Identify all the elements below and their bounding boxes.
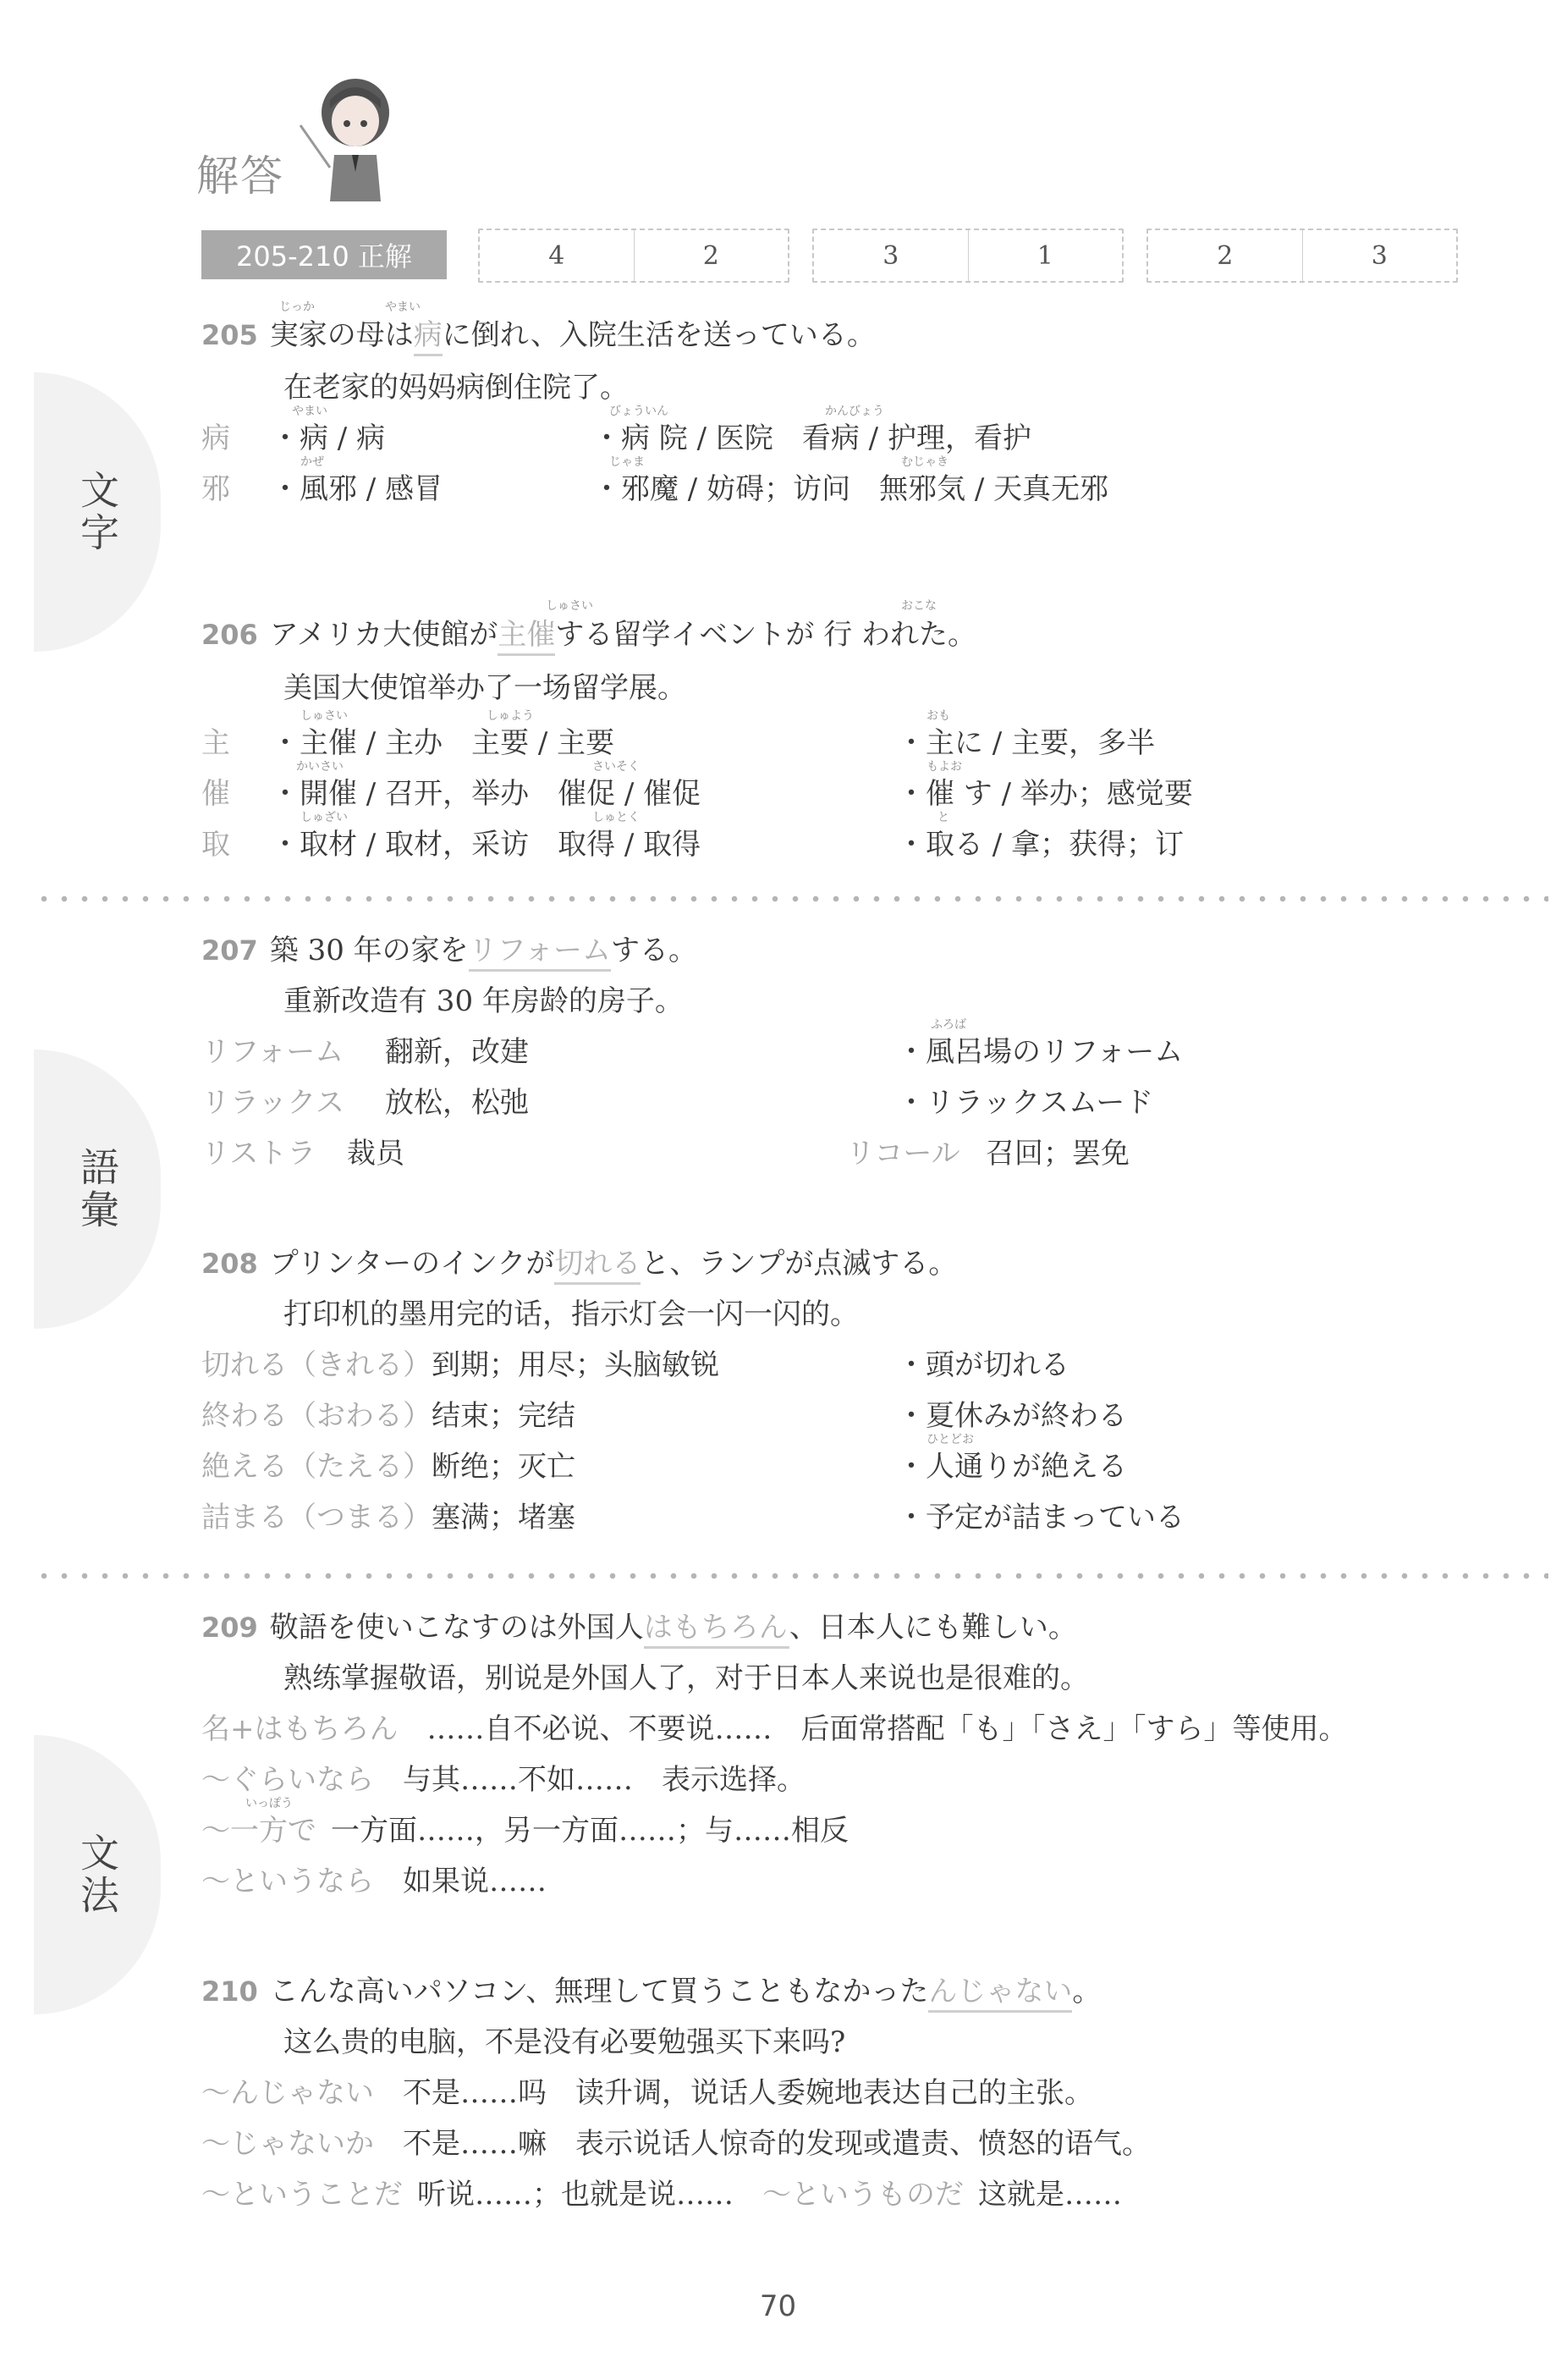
grammar-row: ～一方で 一方面……，另一方面……；与……相反 (201, 1807, 849, 1848)
vocab-meaning: 放松，松弛 (385, 1079, 529, 1121)
grammar-meaning: 不是……嘛 表示说话人惊奇的发现或遣责、愤怒的语气。 (403, 2127, 1151, 2161)
sentence-text: こんな高いパソコン、無理して買うこともなかった (270, 1975, 929, 2008)
sentence-text: する。 (611, 934, 697, 967)
kanji-example: ・開催 / 召开，举办 催促 / 催促 (271, 770, 701, 812)
kanji-example: ・主催 / 主办 主要 / 主要 (271, 719, 614, 761)
grammar-meaning: 与其……不如…… 表示选择。 (403, 1763, 805, 1797)
answer-205: 4 (480, 230, 634, 281)
grammar-meaning: ……自不必说、不要说…… 后面常搭配「も」「さえ」「すら」等使用。 (427, 1712, 1348, 1746)
vocab-meaning: 结束；完结 (432, 1399, 575, 1433)
sentence-text: 実家の母は (270, 318, 414, 352)
sentence-text: に倒れ、入院生活を送っている。 (443, 318, 876, 352)
vocab-example: ・人通りが絶える (897, 1443, 1127, 1485)
vocab-key: 絶える（たえる） (201, 1450, 432, 1484)
target-word: 主催 (498, 618, 555, 656)
vocab-key: リコール (846, 1130, 960, 1171)
question-208: 208プリンターのインクが切れると、ランプが点滅する。 (201, 1240, 957, 1281)
grammar-key: ～んじゃない (201, 2076, 374, 2110)
grammar-row: ～ぐらいなら 与其……不如…… 表示选择。 (201, 1756, 805, 1798)
grammar-row: ～んじゃない 不是……吗 读升调，说话人委婉地表达自己的主张。 (201, 2069, 1093, 2111)
question-209: 209敬語を使いこなすのは外国人はもちろん、日本人にも難しい。 (201, 1604, 1077, 1645)
kanji-example: ・催 す / 举办；感觉要 (897, 770, 1193, 812)
translation-206: 美国大使馆举办了一场留学展。 (283, 664, 686, 706)
vocab-key: リフォーム (201, 1028, 344, 1070)
translation-210: 这么贵的电脑，不是没有必要勉强买下来吗? (283, 2019, 845, 2060)
target-word: んじゃない (928, 1975, 1072, 2013)
grammar-meaning: 不是……吗 读升调，说话人委婉地表达自己的主张。 (403, 2076, 1093, 2110)
sentence-text: と、ランプが点滅する。 (641, 1247, 957, 1281)
translation-207: 重新改造有 30 年房龄的房子。 (283, 978, 684, 1019)
translation-209: 熟练掌握敬语，别说是外国人了，对于日本人来说也是很难的。 (283, 1655, 1089, 1696)
vocab-example: ・夏休みが終わる (897, 1392, 1127, 1434)
target-word: 病 (414, 318, 443, 356)
vocab-meaning: 到期；用尽；头脑敏锐 (432, 1348, 719, 1382)
sentence-text: プリンターのインクが (270, 1247, 555, 1281)
vocab-row: 詰まる（つまる）塞满；堵塞 (201, 1494, 575, 1535)
grammar-meaning: 如果说…… (403, 1865, 547, 1898)
vocab-key: リストラ (201, 1130, 316, 1171)
vocab-meaning: 裁员 (347, 1130, 404, 1171)
vocab-example: ・リラックスムード (897, 1079, 1153, 1121)
vocab-key: リラックス (201, 1079, 344, 1121)
grammar-meaning: 这就是…… (978, 2178, 1122, 2212)
kanji-example: ・風邪 / 感冒 (271, 466, 443, 507)
kanji-example: ・邪魔 / 妨碍；访问 無邪気 / 天真无邪 (592, 466, 1108, 507)
answer-group-3: 2 3 (1146, 229, 1458, 283)
side-tab-moji: 文字 (34, 372, 161, 652)
kanji-row: 邪 (201, 466, 230, 507)
target-word: はもちろん (644, 1611, 789, 1649)
translation-208: 打印机的墨用完的话，指示灯会一闪一闪的。 (283, 1291, 859, 1332)
question-number: 209 (201, 1611, 258, 1644)
page-title: 解答 (196, 142, 284, 203)
question-number: 207 (201, 934, 258, 967)
answer-group-2: 3 1 (812, 229, 1124, 283)
vocab-meaning: 召回；罢免 (986, 1130, 1130, 1171)
sentence-text: 敬語を使いこなすのは外国人 (270, 1611, 644, 1645)
question-number: 206 (201, 619, 258, 651)
sentence-text: する留学イベントが 行 われた。 (555, 618, 976, 652)
grammar-key: ～というなら (201, 1865, 374, 1898)
side-tab-goi: 語彙 (34, 1050, 161, 1329)
grammar-row: 名+はもちろん ……自不必说、不要说…… 后面常搭配「も」「さえ」「すら」等使用… (201, 1705, 1348, 1747)
answer-label: 205-210 正解 (201, 230, 447, 279)
grammar-key: ～一方で (201, 1814, 316, 1848)
answer-207: 3 (814, 230, 968, 281)
kanji-key: 主 (201, 726, 230, 760)
question-210: 210こんな高いパソコン、無理して買うこともなかったんじゃない。 (201, 1968, 1101, 2009)
kanji-key: 病 (201, 421, 230, 455)
question-number: 210 (201, 1975, 258, 2008)
dotted-separator (34, 1573, 1548, 1579)
grammar-key: 名+はもちろん (201, 1712, 399, 1746)
grammar-row: ～じゃないか 不是……嘛 表示说话人惊奇的发现或遣责、愤怒的语气。 (201, 2120, 1151, 2162)
vocab-key: 終わる（おわる） (201, 1399, 432, 1433)
side-tab-label: 文法 (69, 1832, 125, 1917)
grammar-key: ～というものだ (762, 2178, 964, 2212)
target-word: 切れる (554, 1247, 641, 1285)
answer-group-1: 4 2 (478, 229, 789, 283)
vocab-meaning: 塞满；堵塞 (432, 1501, 575, 1534)
question-number: 208 (201, 1248, 258, 1280)
sentence-text: 築 30 年の家を (270, 934, 469, 967)
translation-205: 在老家的妈妈病倒住院了。 (283, 364, 629, 405)
question-number: 205 (201, 319, 258, 351)
sentence-text: アメリカ大使館が (270, 618, 498, 652)
kanji-key: 邪 (201, 472, 230, 506)
kanji-row: 病 (201, 415, 230, 456)
grammar-meaning: 一方面……，另一方面……；与……相反 (331, 1814, 849, 1848)
vocab-row: 切れる（きれる）到期；用尽；头脑敏锐 (201, 1342, 719, 1383)
side-tab-label: 文字 (69, 470, 125, 554)
side-tab-bunpo: 文法 (34, 1735, 161, 2014)
question-205: 205実家の母は病に倒れ、入院生活を送っている。 (201, 311, 876, 353)
grammar-meaning: 听说……；也就是说…… (417, 2178, 734, 2212)
kanji-example: ・取る / 拿；获得；订 (897, 821, 1184, 862)
vocab-example: ・予定が詰まっている (897, 1494, 1185, 1535)
vocab-example: ・頭が切れる (897, 1342, 1069, 1383)
vocab-key: 切れる（きれる） (201, 1348, 432, 1382)
kanji-example: ・病 院 / 医院 看病 / 护理，看护 (592, 415, 1031, 456)
vocab-row: 絶える（たえる）断绝；灭亡 (201, 1443, 575, 1485)
vocab-meaning: 断绝；灭亡 (432, 1450, 575, 1484)
dotted-separator (34, 895, 1548, 902)
answer-206: 2 (634, 230, 789, 281)
vocab-meaning: 翻新，改建 (385, 1028, 529, 1070)
page-number: 70 (0, 2289, 1556, 2323)
grammar-row: ～というなら 如果说…… (201, 1858, 547, 1899)
target-word: リフォーム (469, 934, 611, 972)
sentence-text: 、日本人にも難しい。 (789, 1611, 1077, 1645)
kanji-example: ・取材 / 取材，采访 取得 / 取得 (271, 821, 701, 862)
teacher-girl-with-pointer-icon (296, 74, 406, 201)
grammar-key: ～ぐらいなら (201, 1763, 374, 1797)
question-207: 207築 30 年の家をリフォームする。 (201, 927, 697, 968)
kanji-example: ・病 / 病 (271, 415, 385, 456)
answer-209: 2 (1148, 230, 1302, 281)
grammar-key: ～じゃないか (201, 2127, 374, 2161)
grammar-key: ～ということだ (201, 2178, 403, 2212)
question-206: 206アメリカ大使館が主催する留学イベントが 行 われた。 (201, 611, 976, 653)
side-tab-label: 語彙 (69, 1147, 125, 1231)
kanji-key: 取 (201, 828, 230, 862)
kanji-key: 催 (201, 777, 230, 811)
vocab-row: 終わる（おわる）结束；完结 (201, 1392, 575, 1434)
grammar-row: ～ということだ 听说……；也就是说…… ～というものだ 这就是…… (201, 2171, 1122, 2212)
answer-208: 1 (968, 230, 1123, 281)
sentence-text: 。 (1072, 1975, 1101, 2008)
vocab-key: 詰まる（つまる） (201, 1501, 432, 1534)
kanji-example: ・主に / 主要，多半 (897, 719, 1155, 761)
vocab-example: ・風呂場のリフォーム (897, 1028, 1183, 1070)
answer-210: 3 (1302, 230, 1457, 281)
